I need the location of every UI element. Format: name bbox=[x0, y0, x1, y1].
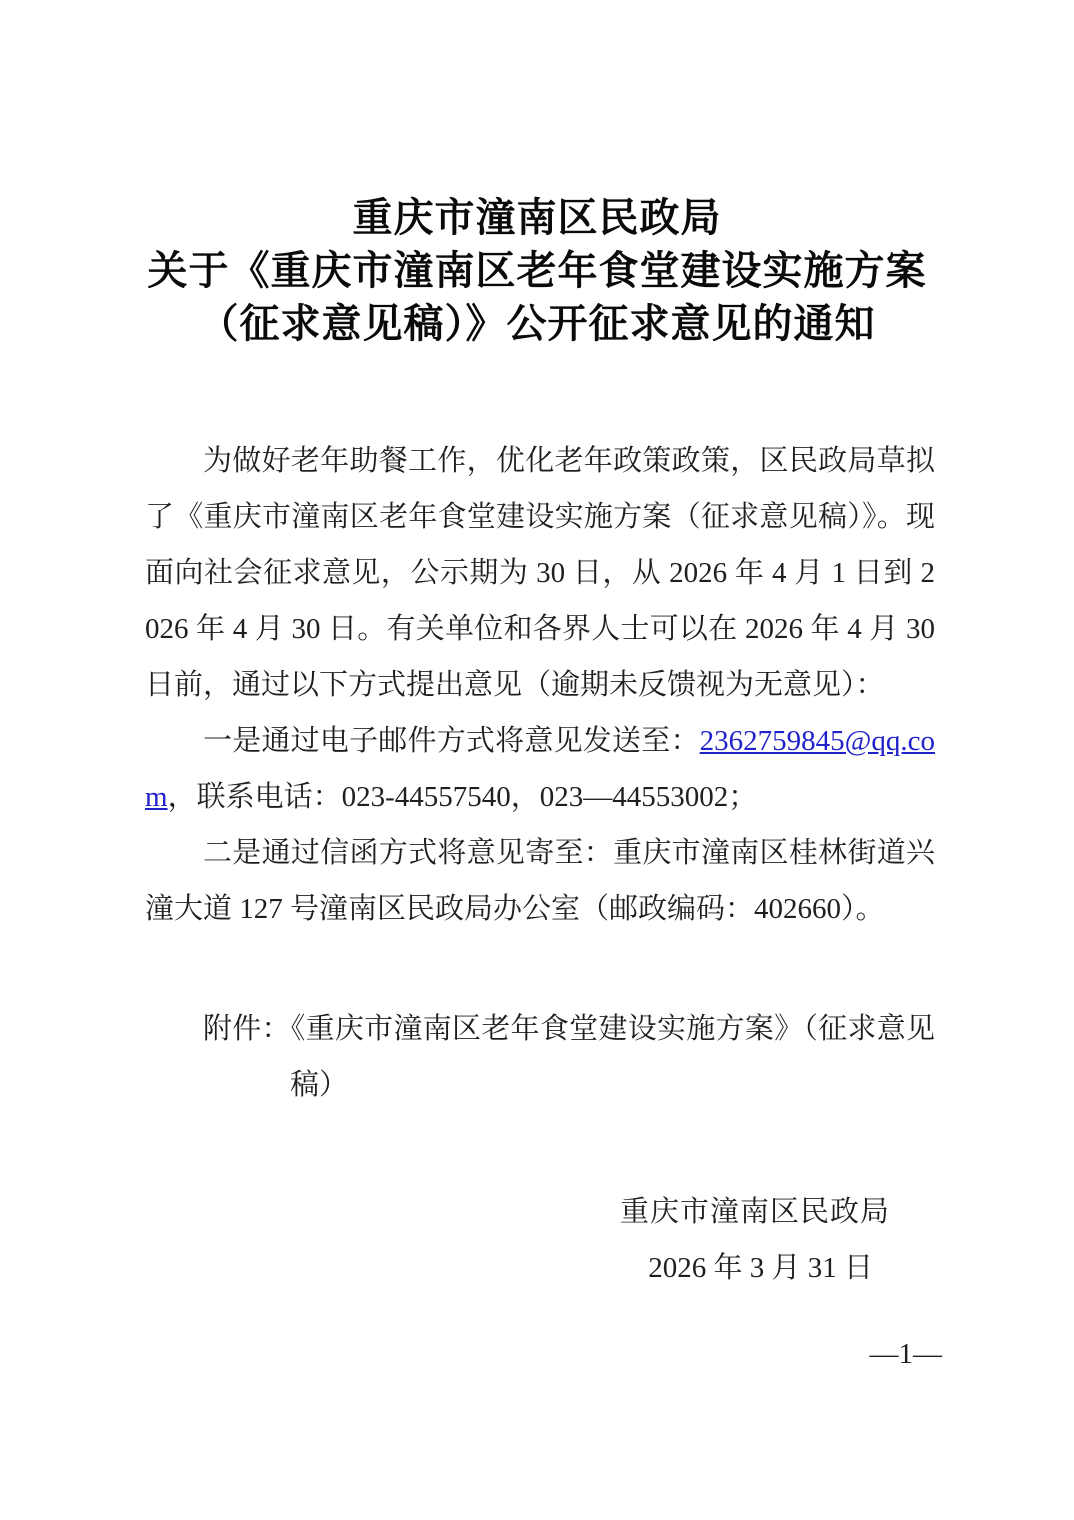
signature-org: 重庆市潼南区民政局 bbox=[145, 1184, 935, 1240]
attachment-line: 附件：《重庆市潼南区老年食堂建设实施方案》（征求意见稿） bbox=[145, 1001, 935, 1113]
signature-date: 2026 年 3 月 31 日 bbox=[145, 1240, 935, 1296]
document-page: 重庆市潼南区民政局 关于《重庆市潼南区老年食堂建设实施方案 （征求意见稿）》公开… bbox=[0, 0, 1074, 1520]
page-number: —1— bbox=[870, 1338, 943, 1370]
email-method-text-after: ，联系电话：023-44557540，023—44553002； bbox=[168, 781, 758, 813]
title-line-1: 重庆市潼南区民政局 bbox=[0, 191, 1074, 244]
signature-block: 重庆市潼南区民政局 2026 年 3 月 31 日 bbox=[145, 1184, 935, 1296]
document-body: 为做好老年助餐工作，优化老年政策政策，区民政局草拟了《重庆市潼南区老年食堂建设实… bbox=[145, 433, 935, 1296]
title-line-3: （征求意见稿）》公开征求意见的通知 bbox=[0, 297, 1074, 350]
paragraph-mail-method: 二是通过信函方式将意见寄至：重庆市潼南区桂林街道兴潼大道 127 号潼南区民政局… bbox=[145, 825, 935, 937]
document-title: 重庆市潼南区民政局 关于《重庆市潼南区老年食堂建设实施方案 （征求意见稿）》公开… bbox=[0, 0, 1074, 350]
paragraph-email-method: 一是通过电子邮件方式将意见发送至：2362759845@qq.com，联系电话：… bbox=[145, 713, 935, 825]
paragraph-intro: 为做好老年助餐工作，优化老年政策政策，区民政局草拟了《重庆市潼南区老年食堂建设实… bbox=[145, 433, 935, 713]
email-method-text-before: 一是通过电子邮件方式将意见发送至： bbox=[203, 725, 700, 757]
attachment-text: 《重庆市潼南区老年食堂建设实施方案》（征求意见稿） bbox=[290, 1013, 935, 1101]
attachment-label: 附件： bbox=[203, 1013, 291, 1045]
title-line-2: 关于《重庆市潼南区老年食堂建设实施方案 bbox=[0, 244, 1074, 297]
